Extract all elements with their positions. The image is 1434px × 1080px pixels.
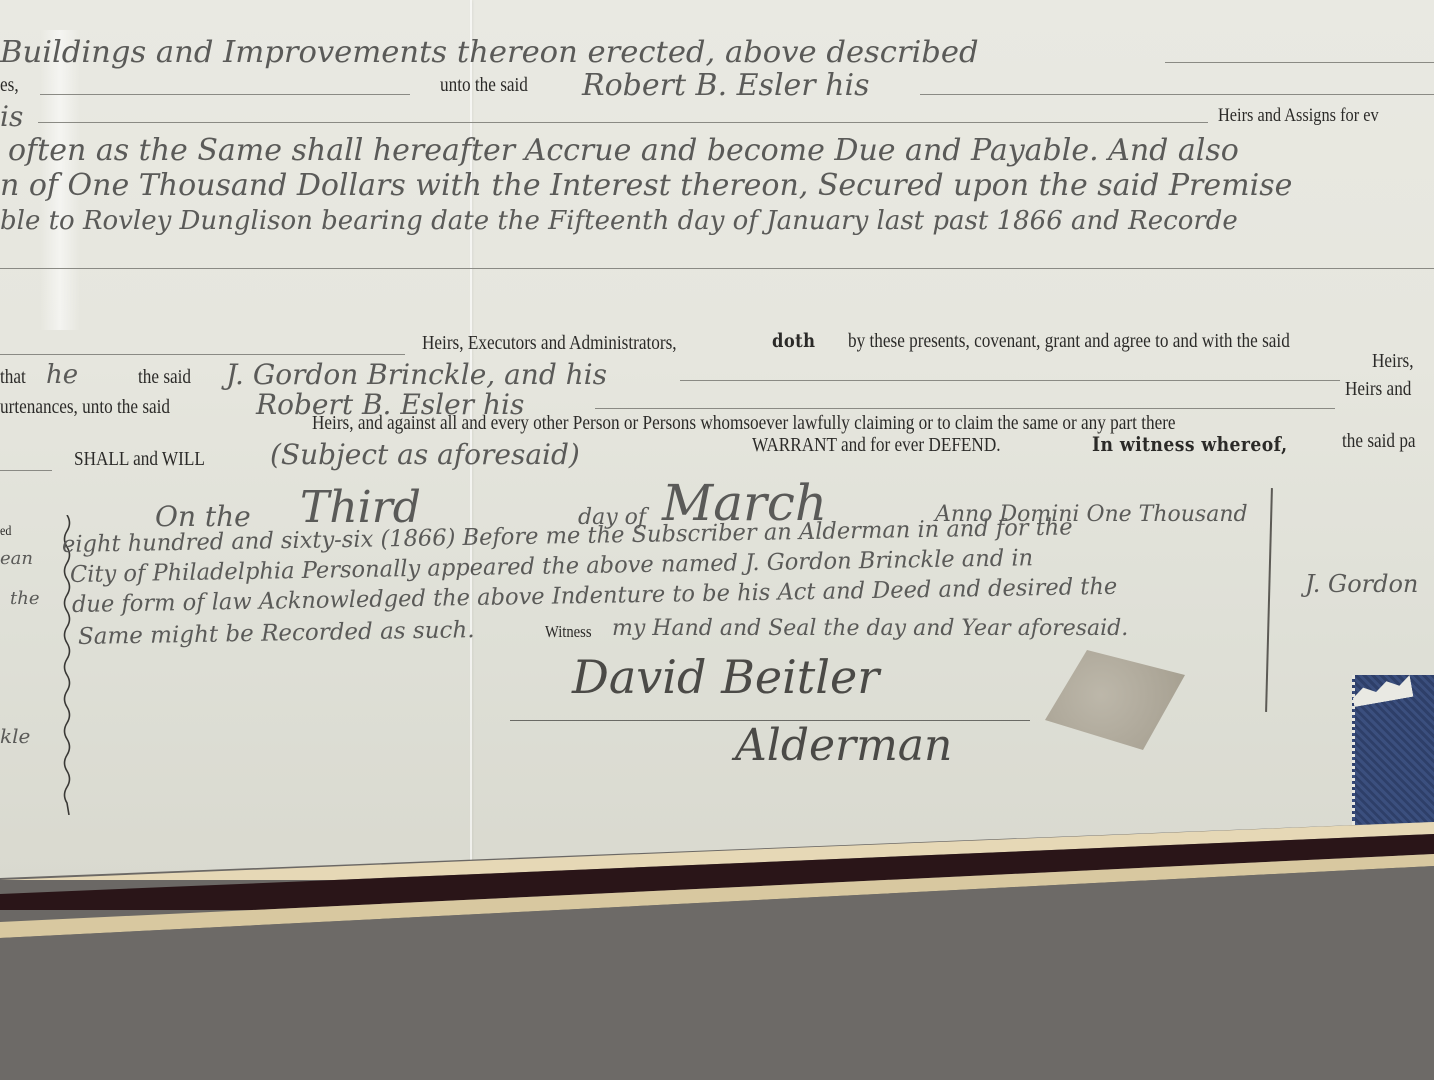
- handwritten-line: n of One Thousand Dollars with the Inter…: [0, 168, 1292, 203]
- printed-text: Heirs, Executors and Administrators,: [422, 332, 677, 355]
- printed-text: by these presents, covenant, grant and a…: [848, 330, 1290, 353]
- printed-text: the said pa: [1342, 430, 1416, 453]
- brace-icon: [60, 515, 74, 815]
- printed-text: Heirs and: [1345, 378, 1411, 401]
- printed-text: that: [0, 366, 26, 389]
- margin-text: kle: [0, 724, 30, 748]
- rule-line: [40, 94, 410, 95]
- gothic-text: In witness whereof,: [1092, 432, 1288, 456]
- rule-line: [0, 470, 52, 471]
- handwritten-line: ble to Rovley Dunglison bearing date the…: [0, 206, 1238, 236]
- rule-line: [0, 354, 405, 355]
- margin-text: ed: [0, 524, 11, 540]
- rule-line: [920, 94, 1434, 95]
- rule-line: [1265, 488, 1273, 712]
- ack-line: my Hand and Seal the day and Year afores…: [612, 616, 1128, 641]
- right-margin-signature: J. Gordon: [1305, 570, 1418, 598]
- handwritten-text: is: [0, 100, 23, 133]
- rule-line: [1165, 62, 1434, 63]
- printed-text: urtenances, unto the said: [0, 396, 170, 419]
- alderman-signature: David Beitler: [572, 650, 879, 704]
- deed-document: Buildings and Improvements thereon erect…: [0, 0, 1434, 880]
- handwritten-text: he: [46, 360, 78, 390]
- rule-line: [0, 268, 1434, 269]
- handwritten-line: often as the Same shall hereafter Accrue…: [8, 133, 1239, 168]
- handwritten-line: Buildings and Improvements thereon erect…: [0, 35, 979, 70]
- grantee-name: Robert B. Esler his: [582, 68, 870, 103]
- rule-line: [38, 122, 1208, 123]
- rule-line: [680, 380, 1340, 381]
- printed-text: SHALL and WILL: [74, 448, 205, 471]
- handwritten-text: (Subject as aforesaid): [270, 438, 580, 471]
- printed-text: Heirs,: [1372, 350, 1414, 373]
- printed-text: Witness: [545, 622, 592, 642]
- grantor-name: J. Gordon Brinckle, and his: [226, 358, 607, 391]
- gothic-text: doth: [772, 330, 815, 352]
- printed-text: unto the said: [440, 74, 528, 97]
- printed-text: Heirs and Assigns for ev: [1218, 105, 1379, 127]
- printed-text: Heirs, and against all and every other P…: [312, 412, 1176, 435]
- margin-text: the: [10, 588, 39, 609]
- printed-text: the said: [138, 366, 191, 389]
- rule-line: [595, 408, 1335, 409]
- margin-text: ean: [0, 548, 33, 569]
- printed-text: es,: [0, 74, 19, 97]
- printed-text: WARRANT and for ever DEFEND.: [752, 434, 1001, 457]
- alderman-title: Alderman: [735, 720, 952, 771]
- ack-line: Same might be Recorded as such.: [78, 617, 475, 650]
- wax-seal: [1045, 650, 1185, 750]
